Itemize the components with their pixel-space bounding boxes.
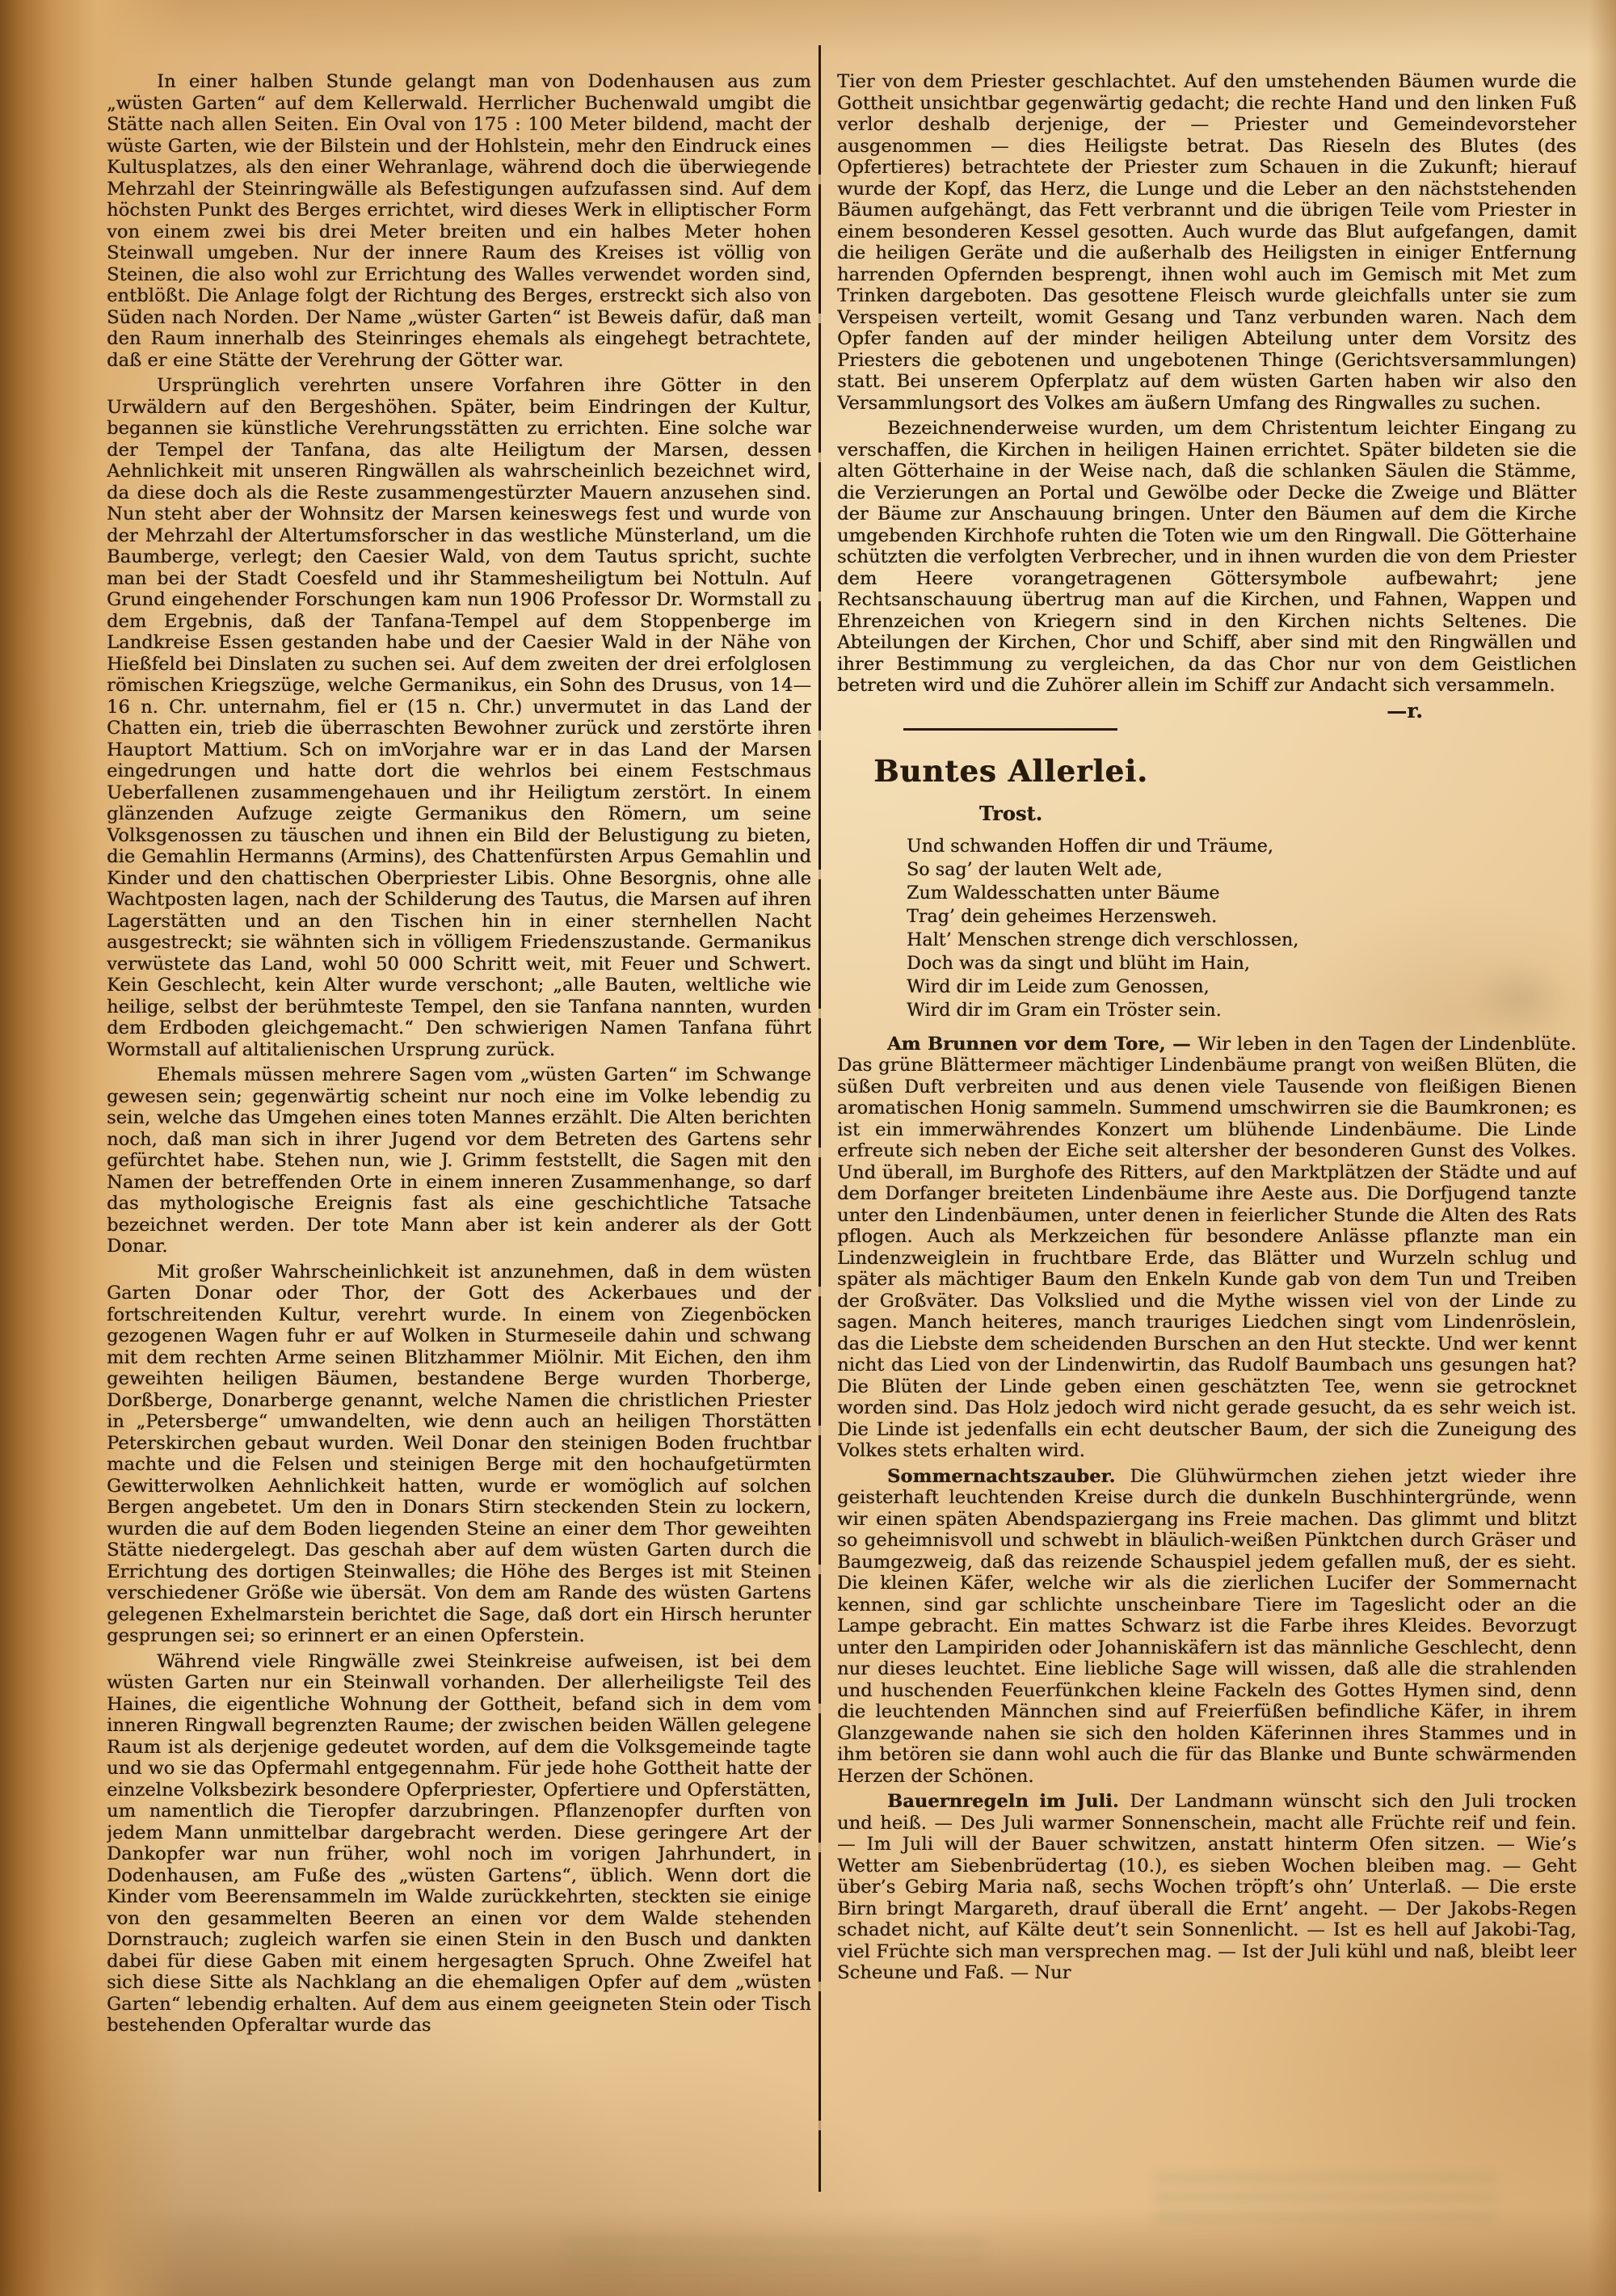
right-column: Tier von dem Priester geschlachtet. Auf … [837,71,1576,2237]
poem-line: Trag’ dein geheimes Herzensweh. [907,905,1576,929]
author-signature: —r. [837,701,1576,723]
poem-line: Halt’ Menschen strenge dich verschlossen… [907,929,1576,952]
poem-line: Wird dir im Leide zum Genossen, [907,975,1576,999]
section-divider [903,728,1117,731]
article-paragraph: Tier von dem Priester geschlachtet. Auf … [837,71,1576,414]
paragraph-lead: Am Brunnen vor dem Tore, — [887,1034,1197,1055]
left-column: In einer halben Stunde gelangt man von D… [107,71,811,2237]
poem-line: So sag’ der lauten Welt ade, [907,858,1576,882]
newspaper-page: In einer halben Stunde gelangt man von D… [0,0,1616,2296]
article-paragraph: Am Brunnen vor dem Tore, — Wir leben in … [837,1034,1576,1462]
poem-line: Wird dir im Gram ein Tröster sein. [907,999,1576,1022]
article-subtitle: Trost. [837,803,1185,825]
article-paragraph: Mit großer Wahrscheinlichkeit ist anzune… [107,1262,811,1647]
article-title: Buntes Allerlei. [837,755,1185,787]
paragraph-lead: Sommernachtszauber. [887,1466,1130,1487]
article-paragraph: Sommernachtszauber. Die Glühwürmchen zie… [837,1466,1576,1788]
article-paragraph: Bezeichnenderweise wurden, um dem Christ… [837,418,1576,697]
poem-line: Zum Waldesschatten unter Bäume [907,882,1576,905]
poem: Und schwanden Hoffen dir und Träume,So s… [907,835,1576,1022]
article-paragraph: Ehemals müssen mehrere Sagen vom „wüsten… [107,1064,811,1258]
article-paragraph: Bauernregeln im Juli. Der Landmann wünsc… [837,1791,1576,1984]
article-paragraph: In einer halben Stunde gelangt man von D… [107,71,811,371]
poem-line: Und schwanden Hoffen dir und Träume, [907,835,1576,858]
paragraph-lead: Bauernregeln im Juli. [887,1791,1130,1812]
article-paragraph: Während viele Ringwälle zwei Steinkreise… [107,1651,811,2037]
article-paragraph: Ursprünglich verehrten unsere Vorfahren … [107,375,811,1060]
poem-line: Doch was da singt und blüht im Hain, [907,952,1576,975]
column-divider-rule [819,45,821,2192]
page-columns: In einer halben Stunde gelangt man von D… [0,0,1616,2296]
